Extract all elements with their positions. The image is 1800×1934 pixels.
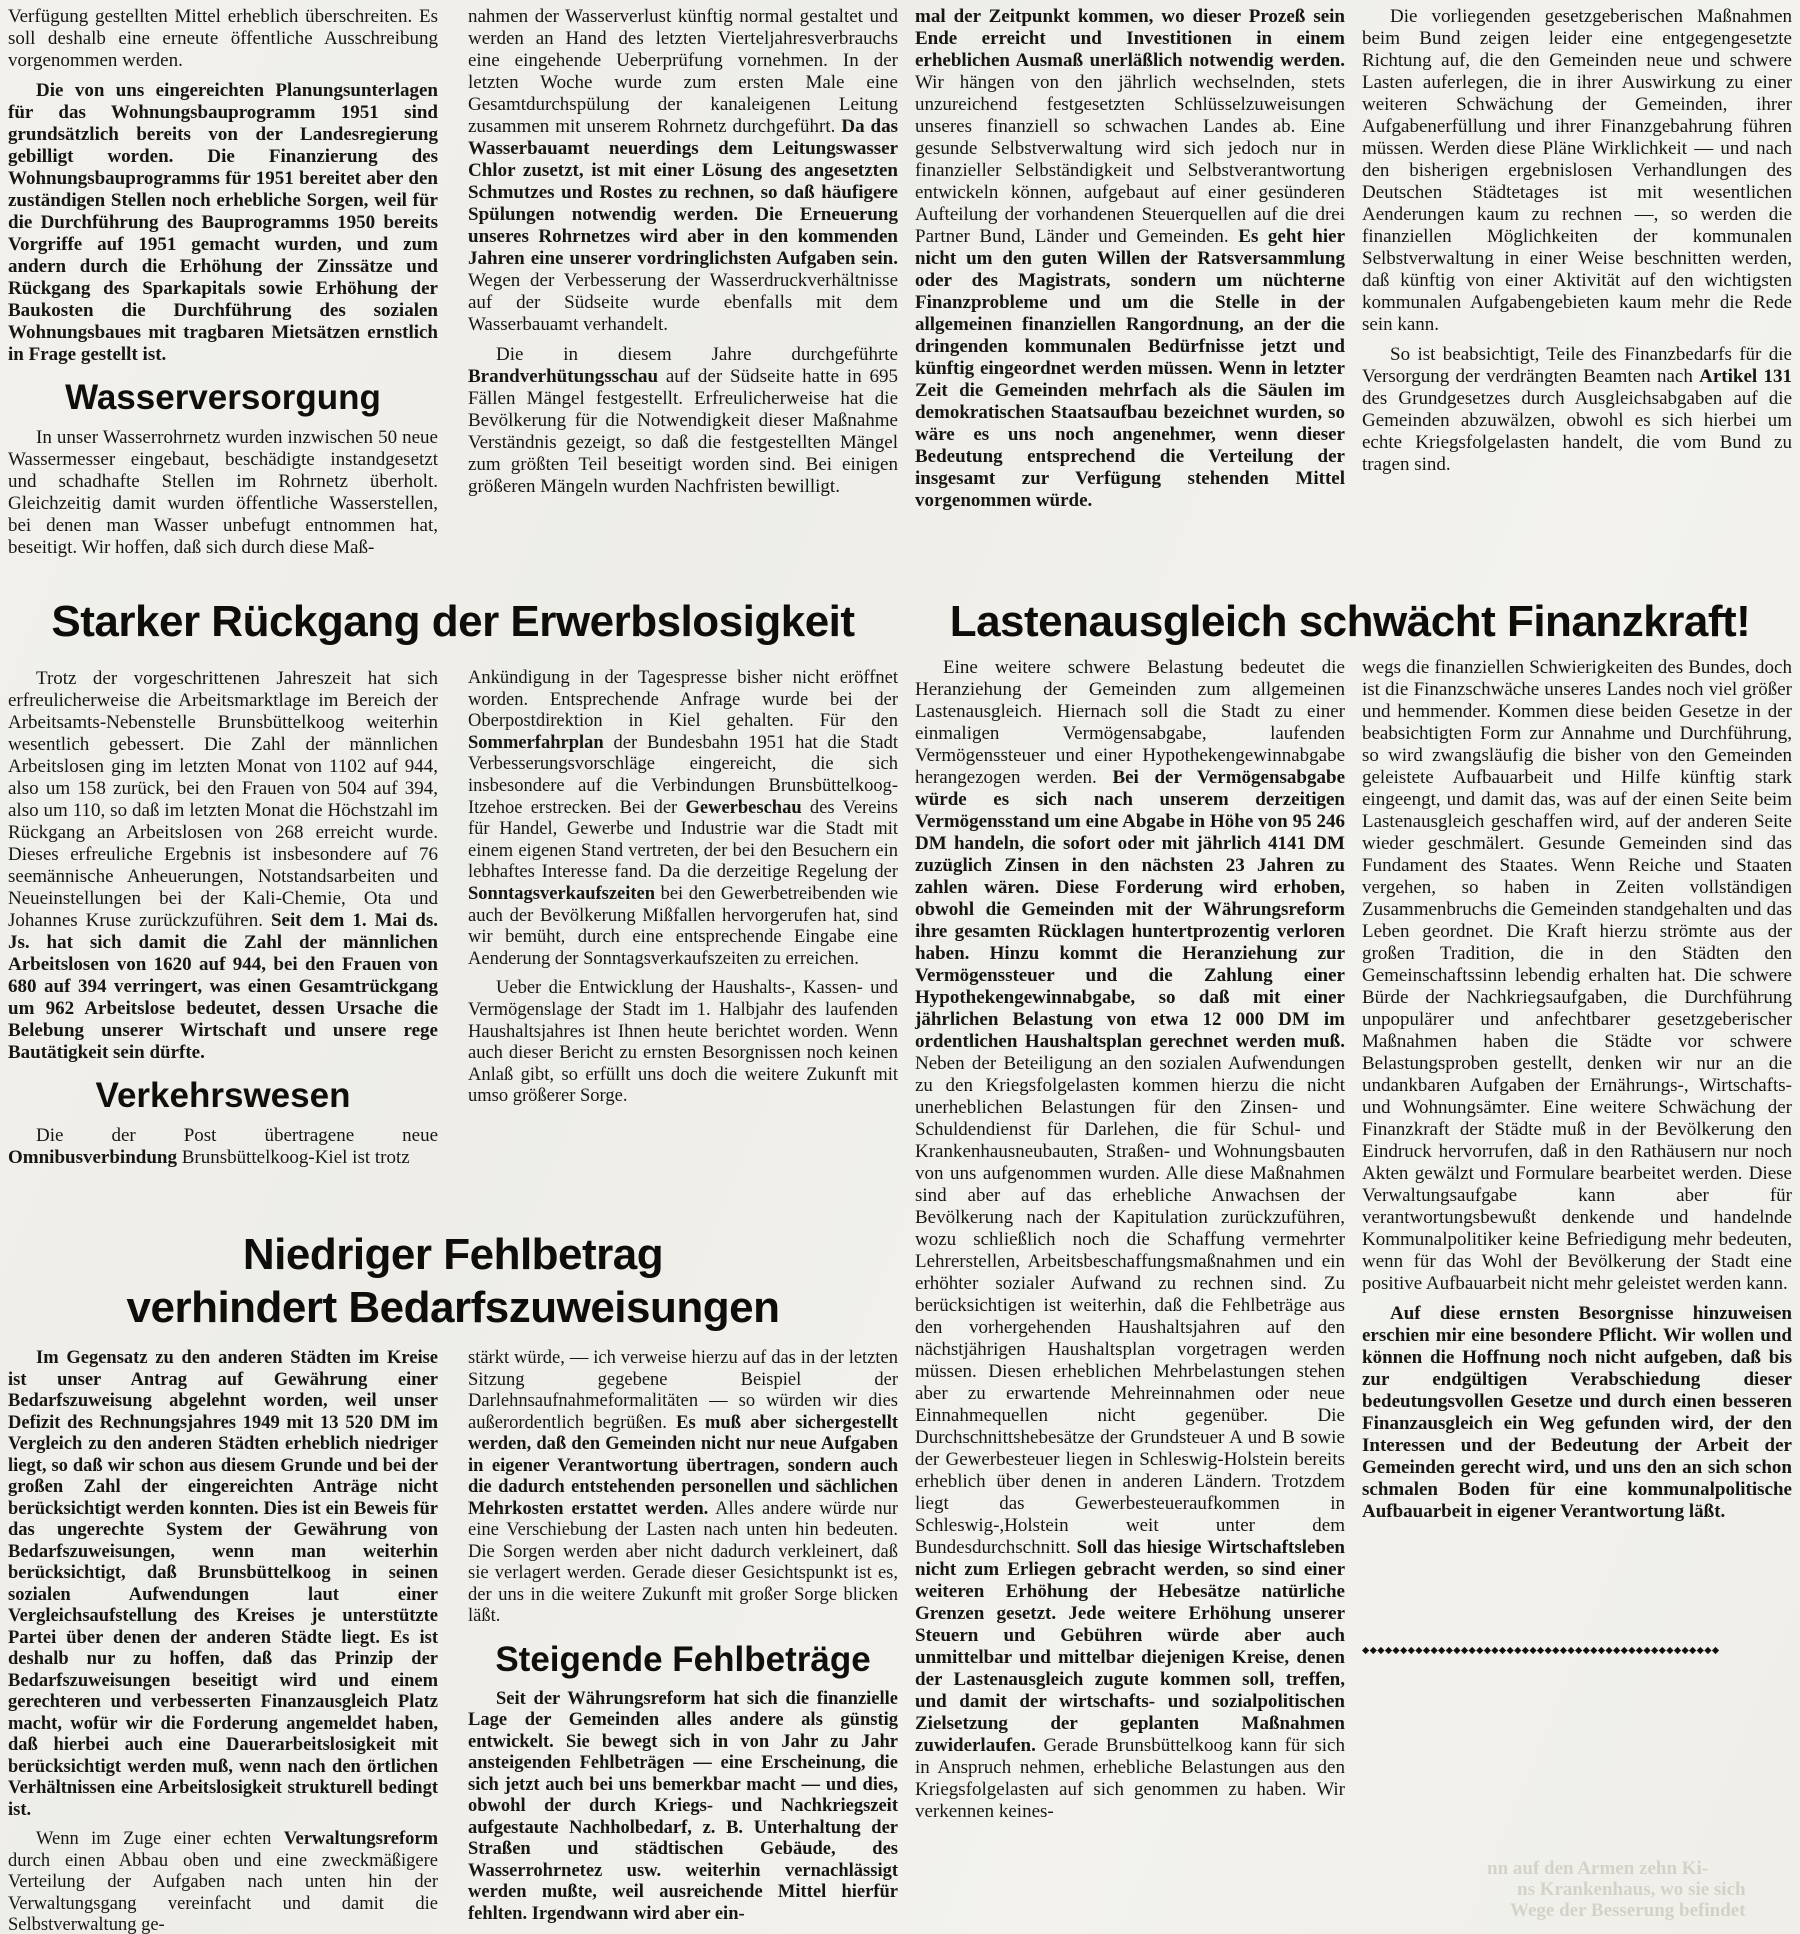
bold-text-run: Die von uns eingereichten Planungsunterl… <box>8 80 438 365</box>
text-run: Verfügung gestellten Mittel erheblich üb… <box>8 6 438 71</box>
headline-fehlbetrag: Niedriger Fehlbetrag verhindert Bedarfsz… <box>8 1228 898 1334</box>
bold-text-run: Da das Wasserbauamt neuerdings dem Leitu… <box>468 116 898 269</box>
text-run: Brunsbüttelkoog-Kiel ist trotz <box>177 1147 410 1168</box>
column-4-lower: wegs die finanziellen Schwierigkeiten de… <box>1362 657 1792 1523</box>
ghost-line: ns Krankenhaus, wo sie sich <box>1420 1879 1800 1900</box>
column-1-middle: Trotz der vorgeschrittenen Jahreszeit ha… <box>8 668 438 1169</box>
text-run: des Grundgesetzes durch Ausgleichsabgabe… <box>1362 388 1792 475</box>
paragraph: wegs die finanziellen Schwierigkeiten de… <box>1362 657 1792 1295</box>
column-3-lower: Eine weitere schwere Belastung bedeutet … <box>915 657 1345 1823</box>
text-run: Ankündigung in der Tagespresse bisher ni… <box>468 668 898 731</box>
diamond-separator: ◆◆◆◆◆◆◆◆◆◆◆◆◆◆◆◆◆◆◆◆◆◆◆◆◆◆◆◆◆◆◆◆◆◆◆◆◆◆◆◆… <box>1362 1645 1796 1656</box>
column-2-bottom: stärkt würde, — ich verweise hierzu auf … <box>468 1348 898 1925</box>
text-run: durch einen Abbau oben und eine zweckmäß… <box>8 1851 438 1934</box>
column-1-bottom: Im Gegensatz zu den anderen Städten im K… <box>8 1348 438 1934</box>
bold-text-run: Verwaltungsreform <box>284 1829 438 1849</box>
section-subhead: Steigende Fehlbeträge <box>468 1640 898 1679</box>
text-run: Die in diesem Jahre durchgeführte <box>496 344 898 365</box>
text-run: Die vorliegenden gesetzgeberischen Maßna… <box>1362 6 1792 335</box>
headline-fehlbetrag-line1: Niedriger Fehlbetrag <box>8 1228 898 1281</box>
headline-fehlbetrag-line2: verhindert Bedarfszuweisungen <box>8 1281 898 1334</box>
paragraph: In unser Wasserrohrnetz wurden inzwische… <box>8 427 438 559</box>
paragraph: So ist beabsichtigt, Teile des Finanzbed… <box>1362 344 1792 476</box>
text-run: nahmen der Wasserverlust künftig normal … <box>468 6 898 137</box>
bold-text-run: Seit der Währungsreform hat sich die fin… <box>468 1689 898 1924</box>
column-3-top: mal der Zeitpunkt kommen, wo dieser Proz… <box>915 6 1345 512</box>
bold-text-run: Es geht hier nicht um den guten Willen d… <box>915 226 1345 511</box>
text-run: wegs die finanziellen Schwierigkeiten de… <box>1362 657 1792 1294</box>
column-1-top: Verfügung gestellten Mittel erheblich üb… <box>8 6 438 559</box>
text-run: Wir hängen von den jährlich wechselnden,… <box>915 72 1345 247</box>
bold-text-run: Auf diese ernsten Besorgnisse hinzuweise… <box>1362 1303 1792 1522</box>
paragraph: Seit der Währungsreform hat sich die fin… <box>468 1689 898 1926</box>
bold-text-run: mal der Zeitpunkt kommen, wo dieser Proz… <box>915 6 1345 71</box>
paragraph: Die der Post übertragene neue Omnibusver… <box>8 1125 438 1169</box>
column-2-middle: Ankündigung in der Tagespresse bisher ni… <box>468 668 898 1108</box>
text-run: Wenn im Zuge einer echten <box>36 1829 284 1849</box>
section-subhead: Wasserversorgung <box>8 378 438 417</box>
paragraph: Ueber die Entwicklung der Haushalts-, Ka… <box>468 978 898 1108</box>
text-run: Die der Post übertragene neue <box>36 1125 438 1146</box>
bold-text-run: Omnibusverbindung <box>8 1147 177 1168</box>
paragraph: Auf diese ernsten Besorgnisse hinzuweise… <box>1362 1303 1792 1523</box>
column-2-top: nahmen der Wasserverlust künftig normal … <box>468 6 898 498</box>
text-run: In unser Wasserrohrnetz wurden inzwische… <box>8 427 438 558</box>
bold-text-run: Sommerfahrplan <box>468 733 604 753</box>
bold-text-run: Artikel 131 <box>1699 366 1792 387</box>
newspaper-page-scan: Verfügung gestellten Mittel erheblich üb… <box>0 0 1800 1934</box>
paragraph: Ankündigung in der Tagespresse bisher ni… <box>468 668 898 970</box>
paragraph: stärkt würde, — ich verweise hierzu auf … <box>468 1348 898 1628</box>
ghost-line: nn auf den Armen zehn Ki- <box>1420 1858 1800 1879</box>
bold-text-run: Gewerbeschau <box>686 798 802 818</box>
ghost-line: Wege der Besserung befindet <box>1420 1900 1800 1921</box>
text-run: Wegen der Verbesserung der Wasserdruckve… <box>468 270 898 335</box>
paragraph: Eine weitere schwere Belastung bedeutet … <box>915 657 1345 1823</box>
paragraph: nahmen der Wasserverlust künftig normal … <box>468 6 898 336</box>
bold-text-run: Brandverhütungsschau <box>468 366 658 387</box>
paragraph: Trotz der vorgeschrittenen Jahreszeit ha… <box>8 668 438 1064</box>
paragraph: Die von uns eingereichten Planungsunterl… <box>8 80 438 366</box>
bleed-through-ghost-text: nn auf den Armen zehn Ki- ns Krankenhaus… <box>1420 1858 1800 1921</box>
paragraph: mal der Zeitpunkt kommen, wo dieser Proz… <box>915 6 1345 512</box>
section-subhead: Verkehrswesen <box>8 1076 438 1115</box>
paragraph: Die vorliegenden gesetzgeberischen Maßna… <box>1362 6 1792 336</box>
paragraph: Verfügung gestellten Mittel erheblich üb… <box>8 6 438 72</box>
bold-text-run: Im Gegensatz zu den anderen Städten im K… <box>8 1348 438 1820</box>
column-4-top: Die vorliegenden gesetzgeberischen Maßna… <box>1362 6 1792 476</box>
text-run: Ueber die Entwicklung der Haushalts-, Ka… <box>468 978 898 1106</box>
headline-erwerbslosigkeit: Starker Rückgang der Erwerbslosigkeit <box>8 596 898 649</box>
paragraph: Wenn im Zuge einer echten Verwaltungsref… <box>8 1829 438 1934</box>
bold-text-run: Bei der Vermögensabgabe würde es sich na… <box>915 767 1345 1052</box>
bold-text-run: Soll das hiesige Wirtschaftsleben nicht … <box>915 1537 1345 1756</box>
bold-text-run: Seit dem 1. Mai ds. Js. hat sich damit d… <box>8 910 438 1063</box>
bold-text-run: Sonntagsverkaufszeiten <box>468 884 655 904</box>
paragraph: Im Gegensatz zu den anderen Städten im K… <box>8 1348 438 1821</box>
headline-lastenausgleich: Lastenausgleich schwächt Finanzkraft! <box>908 596 1792 649</box>
paragraph: Die in diesem Jahre durchgeführte Brandv… <box>468 344 898 498</box>
text-run: Neben der Beteiligung an den sozialen Au… <box>915 1053 1345 1558</box>
text-run: Trotz der vorgeschrittenen Jahreszeit ha… <box>8 668 438 931</box>
